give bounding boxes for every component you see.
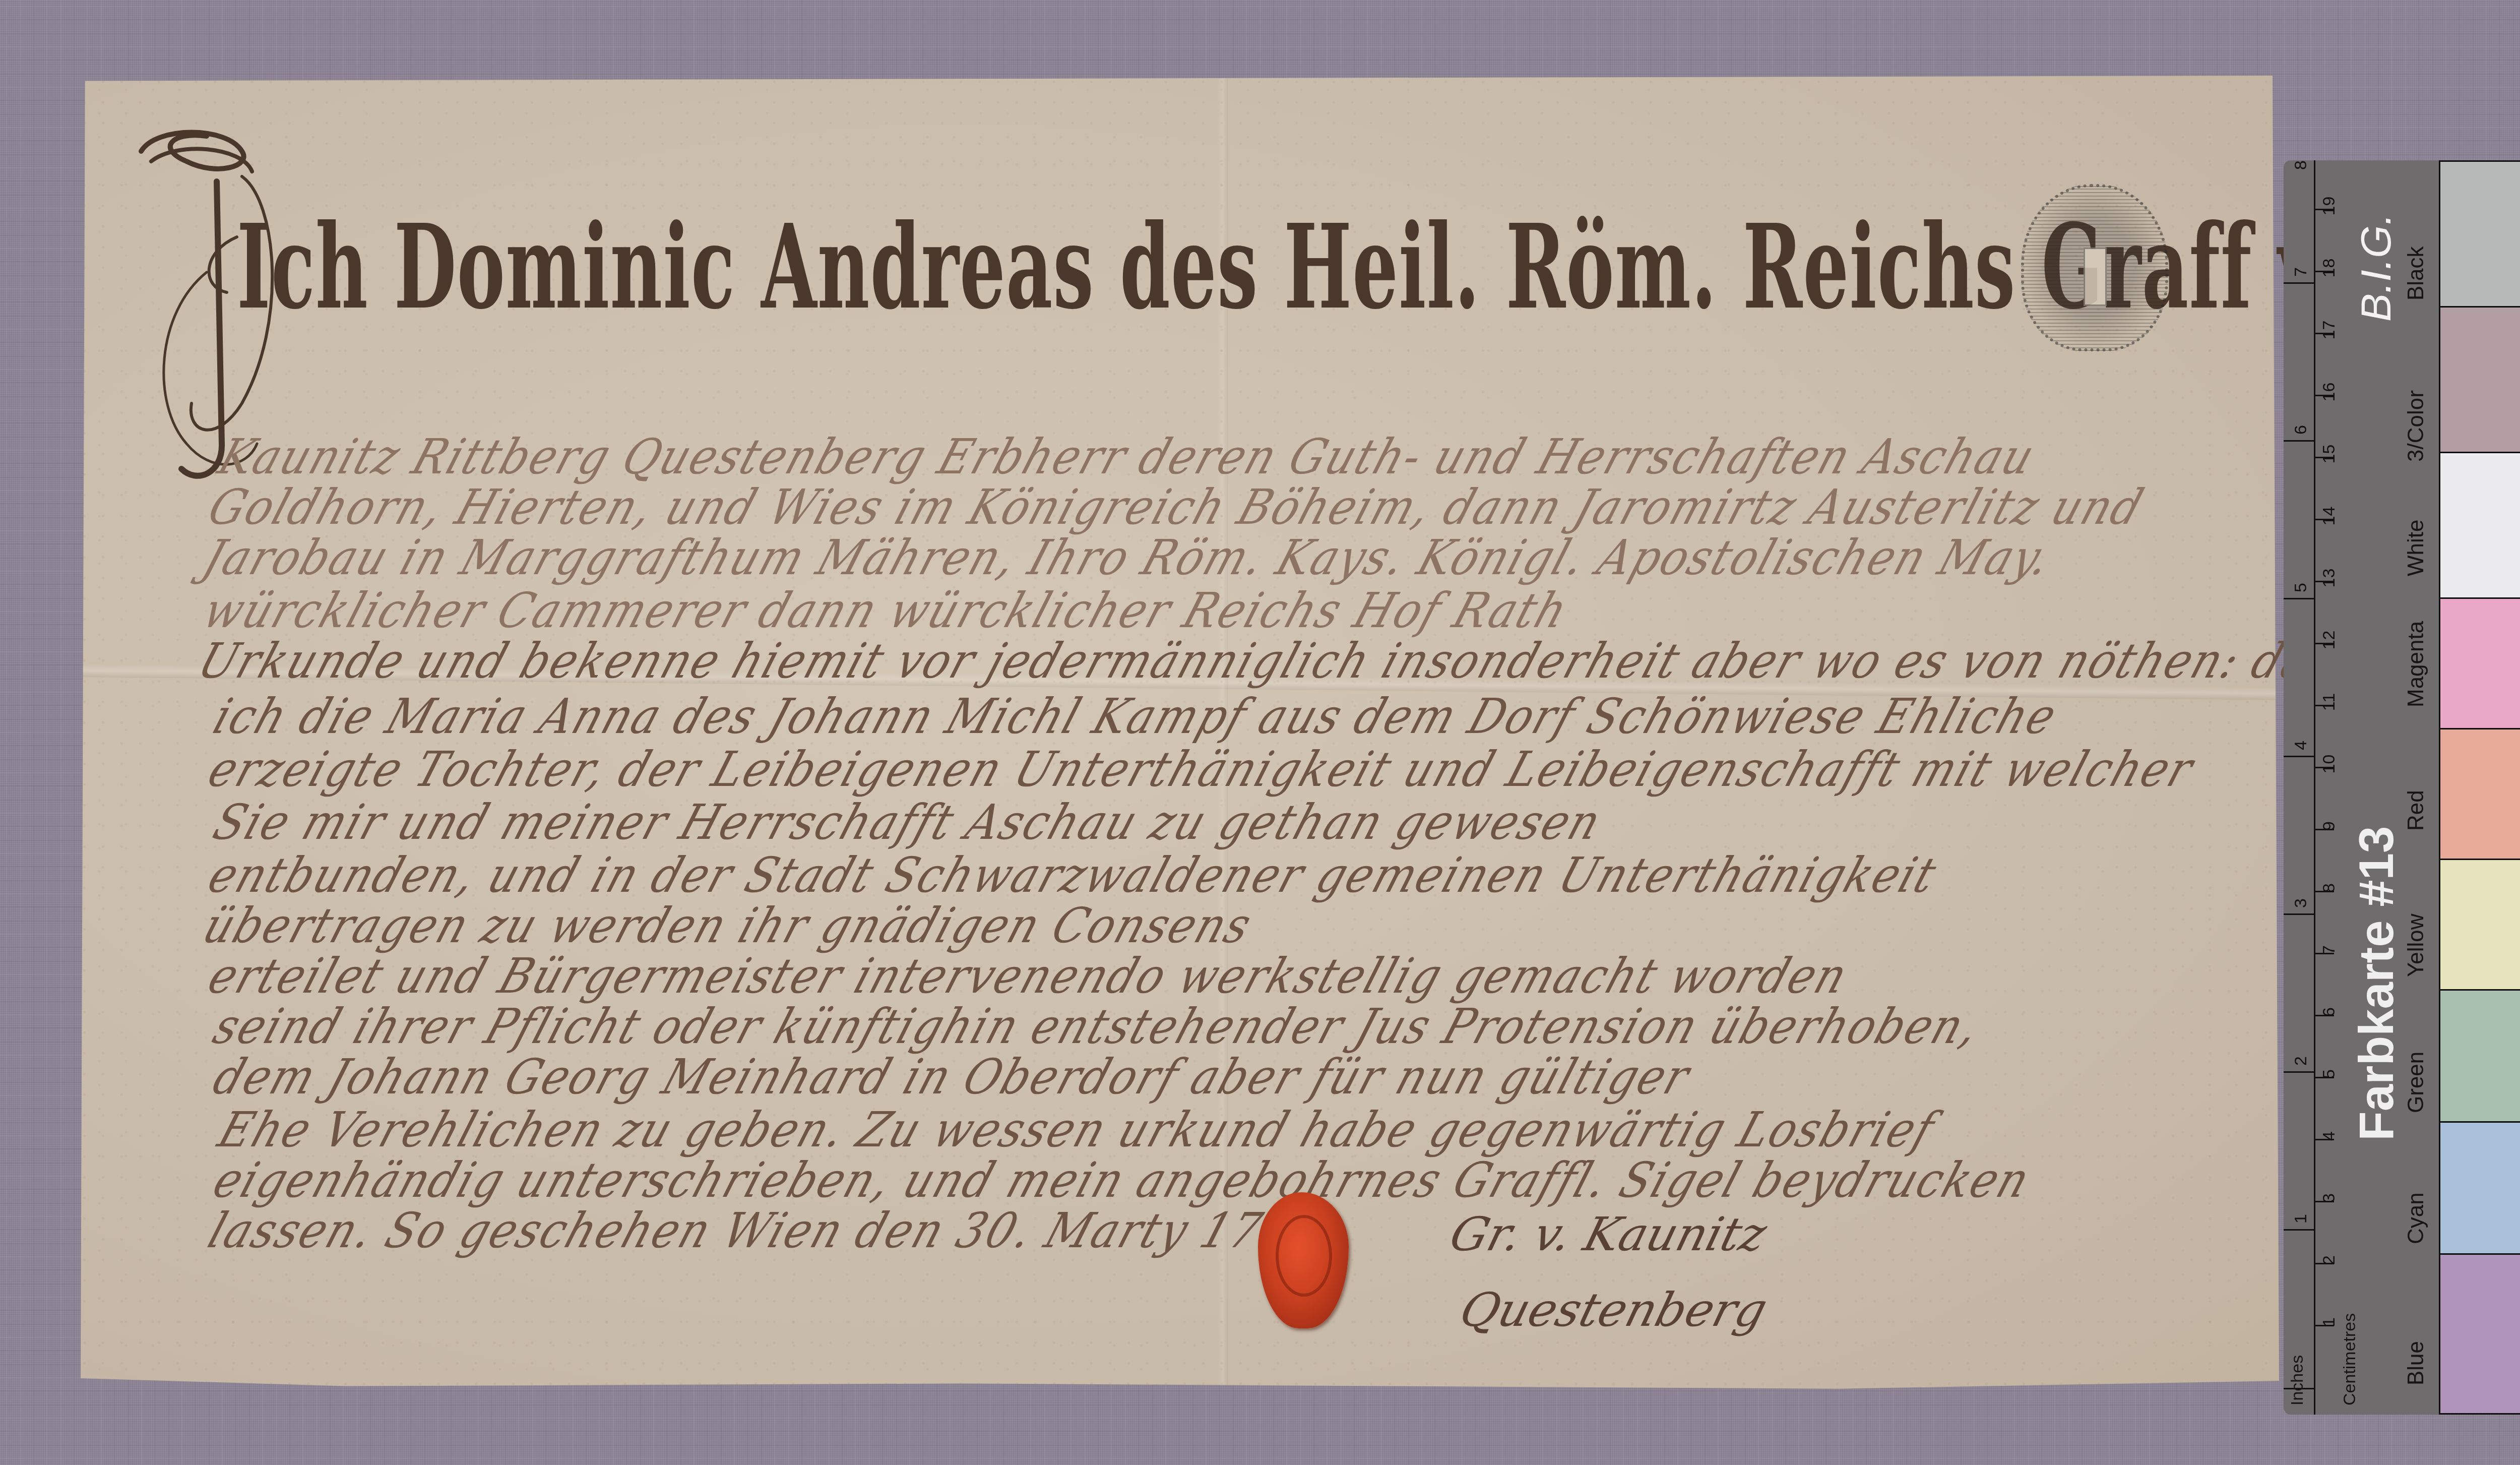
patch-label-cyan: Cyan	[2404, 1192, 2429, 1244]
body-line: erzeigte Tochter, der Leibeigenen Untert…	[202, 741, 2201, 798]
patch-label-yellow: Yellow	[2404, 913, 2429, 977]
cm-number: 10	[2319, 749, 2339, 779]
cm-number: 9	[2319, 811, 2339, 841]
body-line: erteilet und Bürgermeister intervenendo …	[202, 948, 1855, 1004]
body-line: lassen. So geschehen Wien den 30. Marty …	[202, 1202, 1343, 1259]
shield-pale	[2084, 248, 2107, 306]
swatch-yellow-light	[2439, 859, 2520, 991]
swatch-blue-light	[2439, 1253, 2520, 1415]
patch-label-magenta: Magenta	[2404, 621, 2429, 707]
swatch-black-light	[2439, 160, 2520, 308]
inch-number: 3	[2291, 888, 2311, 919]
cm-number: 2	[2319, 1245, 2339, 1275]
swatch-3color-light	[2439, 306, 2520, 453]
card-title: Farbkarte #13	[2349, 826, 2405, 1141]
swatch-magenta-light	[2439, 597, 2520, 729]
body-line: seind ihrer Pflicht oder künftighin ents…	[207, 998, 1987, 1055]
signature-kaunitz: Gr. v. Kaunitz	[1444, 1207, 1773, 1261]
patch-label-black: Black	[2404, 246, 2429, 300]
brand-logo: B.I.G.	[2352, 213, 2401, 322]
ruler-strip: 1 2 3 4 5 6 7 8 1 2 3 4 5 6 7 8 9 10 11 …	[2284, 160, 2439, 1415]
cm-number: 11	[2319, 687, 2339, 717]
cm-number: 4	[2319, 1121, 2339, 1151]
inch-number: 7	[2291, 257, 2311, 287]
body-line: ich die Maria Anna des Johann Michl Kamp…	[207, 688, 2064, 745]
body-line: übertragen zu werden ihr gnädigen Consen…	[197, 897, 1259, 954]
inches-label: Inches	[2288, 1355, 2307, 1406]
cm-number: 6	[2319, 997, 2339, 1027]
signature-questenberg: Questenberg	[1455, 1283, 1773, 1337]
cm-number: 14	[2319, 501, 2339, 531]
centimetres-label: Centimetres	[2340, 1313, 2360, 1406]
patch-label-3color: 3/Color	[2404, 390, 2429, 462]
patch-label-blue: Blue	[2404, 1341, 2429, 1385]
body-line: eigenhändig unterschrieben, und mein ang…	[207, 1152, 2038, 1208]
cm-number: 5	[2319, 1059, 2339, 1089]
cm-number: 7	[2319, 935, 2339, 965]
cm-number: 19	[2319, 191, 2339, 221]
inch-number: 8	[2291, 160, 2311, 180]
inch-number: 4	[2291, 730, 2311, 761]
inch-number: 5	[2291, 573, 2311, 603]
swatch-cyan-light	[2439, 1121, 2520, 1255]
cm-number: 8	[2319, 873, 2339, 903]
body-line: entbunden, und in der Stadt Schwarzwalde…	[202, 847, 1944, 903]
patch-label-red: Red	[2404, 790, 2429, 831]
body-line: Ehe Verehlichen zu geben. Zu wessen urku…	[212, 1102, 1942, 1158]
cm-number: 1	[2319, 1307, 2339, 1337]
patch-label-green: Green	[2404, 1052, 2429, 1113]
cm-number: 17	[2319, 315, 2339, 345]
inch-number: 6	[2291, 415, 2311, 445]
body-line: Sie mir und meiner Herrschafft Aschau zu…	[207, 794, 1609, 850]
body-line: dem Johann Georg Meinhard in Oberdorf ab…	[207, 1049, 1697, 1105]
cm-number: 12	[2319, 625, 2339, 655]
coat-of-arms-stamp-icon	[2021, 184, 2168, 351]
body-line: würcklicher Cammerer dann würcklicher Re…	[197, 582, 1576, 639]
patch-label-white: White	[2404, 520, 2429, 576]
body-line: Jarobau in Marggrafthum Mähren, Ihro Röm…	[197, 529, 2059, 586]
cm-number: 3	[2319, 1183, 2339, 1213]
ruler-baseline	[2314, 160, 2315, 1415]
swatch-green-light	[2439, 989, 2520, 1123]
swatch-white	[2439, 452, 2520, 599]
cm-number: 16	[2319, 377, 2339, 407]
inch-number: 2	[2291, 1046, 2311, 1076]
body-line: Goldhorn, Hierten, und Wies im Königreic…	[202, 479, 2151, 535]
cm-number: 15	[2319, 439, 2339, 469]
color-calibration-card: 1 2 3 4 5 6 7 8 1 2 3 4 5 6 7 8 9 10 11 …	[2284, 160, 2520, 1415]
cm-number: 13	[2319, 563, 2339, 593]
inch-number: 1	[2291, 1204, 2311, 1234]
document-title-line: Ich Dominic Andreas des Heil. Röm. Reich…	[237, 202, 1456, 333]
cm-number: 18	[2319, 253, 2339, 283]
body-line: Kaunitz Rittberg Questenberg Erbherr der…	[212, 429, 2042, 485]
swatch-red-light	[2439, 728, 2520, 860]
body-line: Urkunde und bekenne hiemit vor jedermänn…	[192, 633, 2367, 689]
